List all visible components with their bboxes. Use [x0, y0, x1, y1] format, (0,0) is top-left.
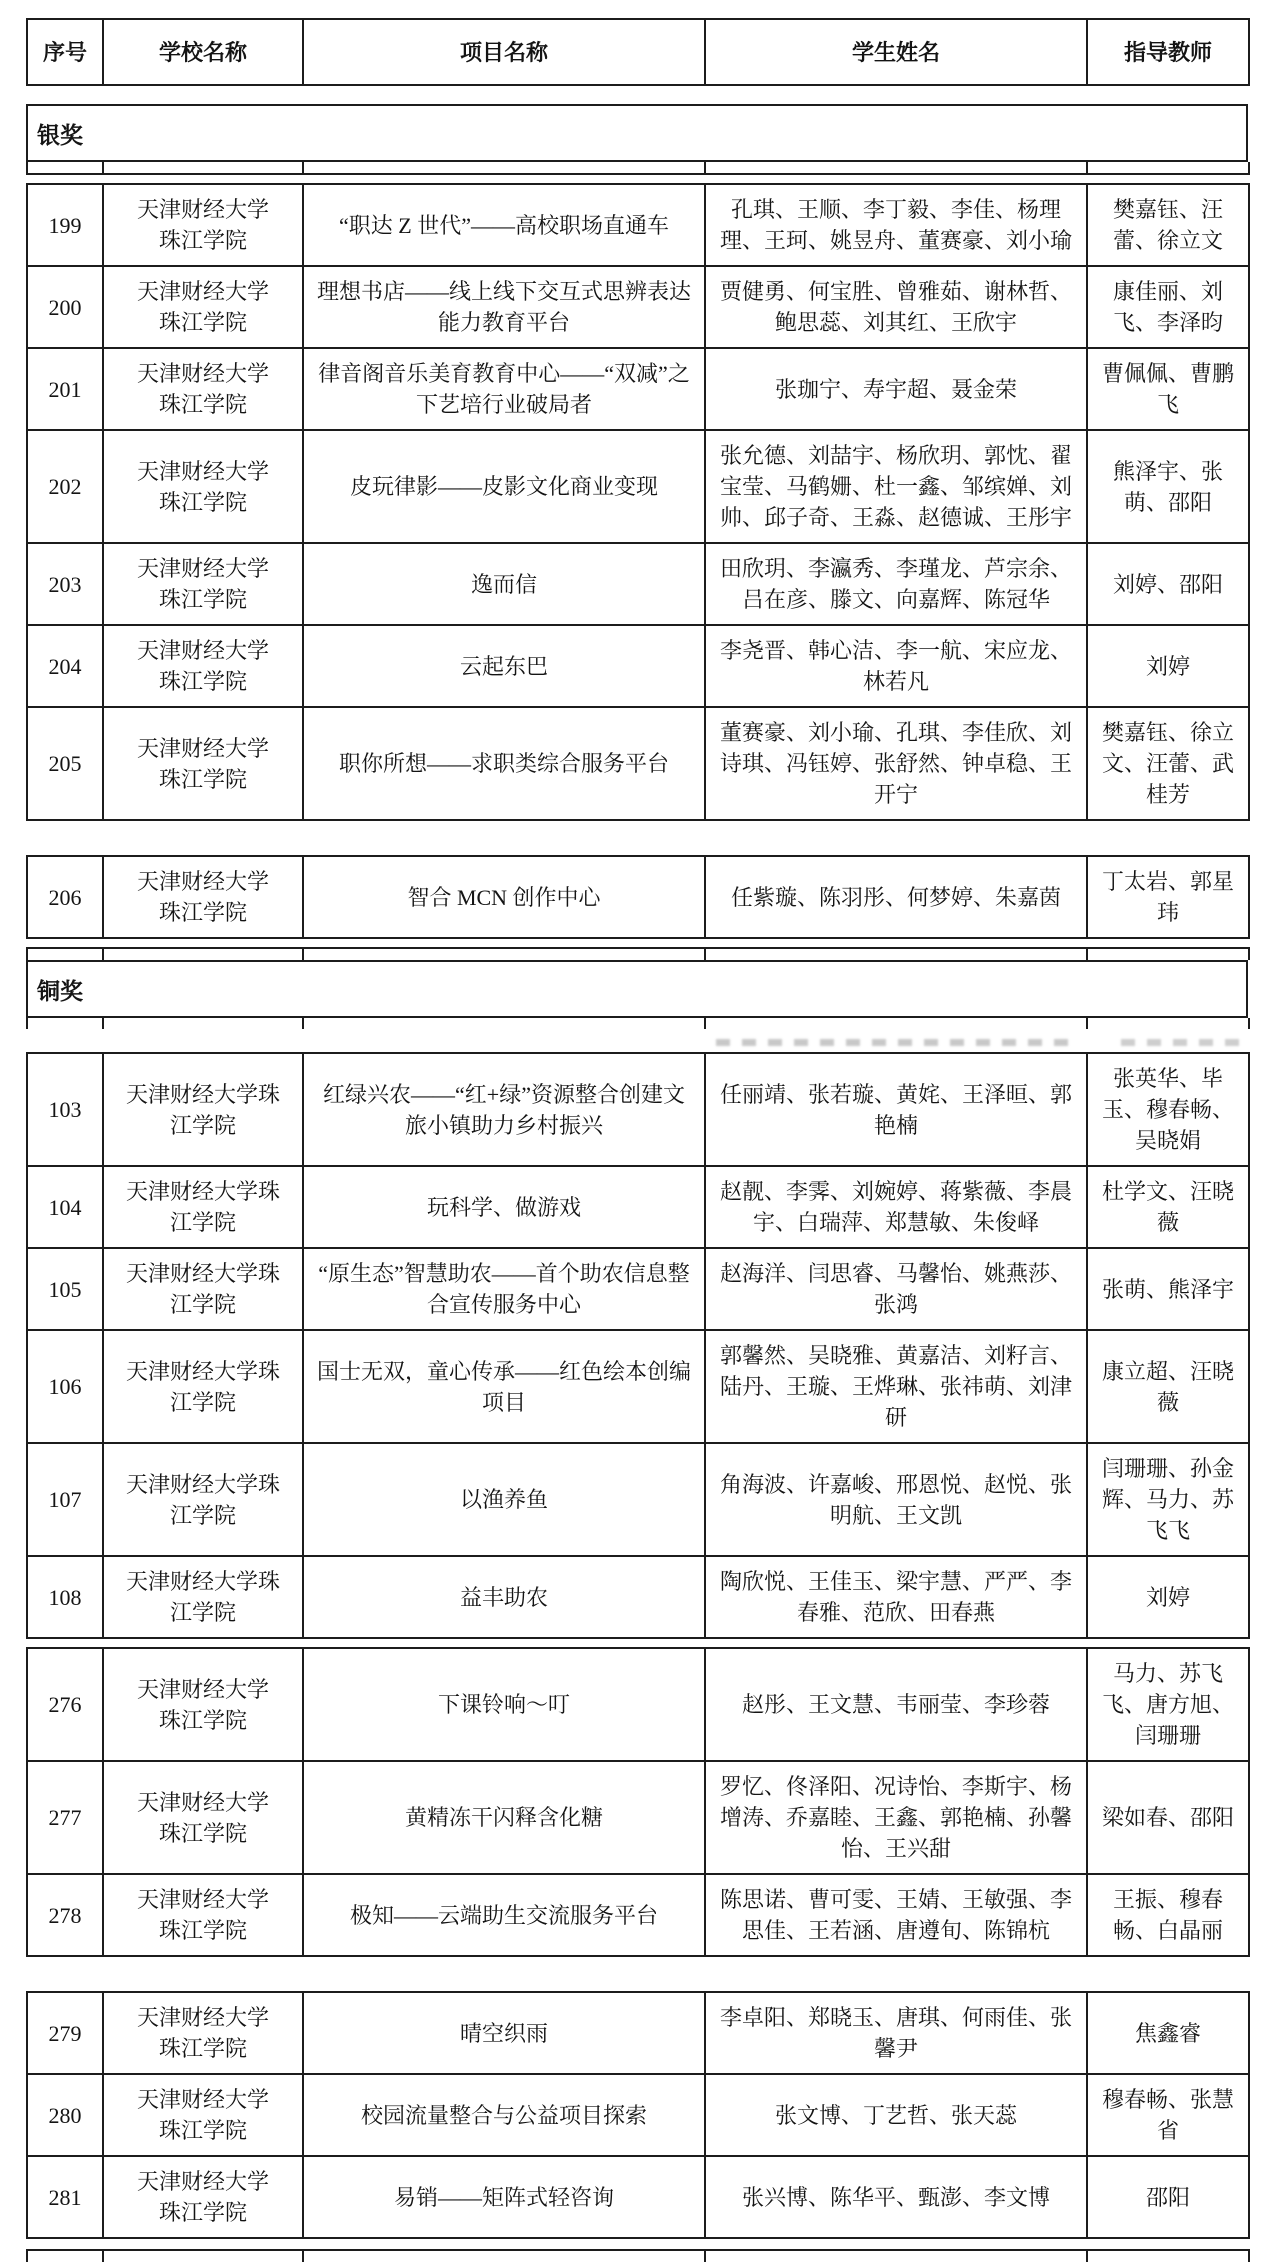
header-serial-number: 序号: [27, 19, 103, 85]
row-number-cell: 199: [27, 184, 103, 266]
teacher-names-cell: 王振、穆春畅、白晶丽: [1087, 1874, 1249, 1956]
project-name-cell: 智合 MCN 创作中心: [303, 856, 705, 938]
teacher-names-cell: 樊嘉钰、汪蕾、徐立文: [1087, 184, 1249, 266]
student-names-cell: 陶欣悦、王佳玉、梁宇慧、严严、李春雅、范欣、田春燕: [705, 1556, 1087, 1638]
section-title-silver: 银奖: [26, 104, 1248, 162]
teacher-names-cell: 马力、苏飞飞、唐方旭、闫珊珊: [1087, 1648, 1249, 1761]
project-name-cell: 黄精冻干闪释含化糖: [303, 1761, 705, 1874]
project-name-cell: 益丰助农: [303, 1556, 705, 1638]
project-name-cell: 下课铃响～叮: [303, 1648, 705, 1761]
row-number-cell: 105: [27, 1248, 103, 1330]
school-name-cell: 天津财经大学珠江学院: [103, 1556, 303, 1638]
table-row: 279天津财经大学珠江学院晴空织雨李卓阳、郑晓玉、唐琪、何雨佳、张馨尹焦鑫睿: [27, 1992, 1249, 2074]
teacher-names-cell: 张萌、熊泽宇: [1087, 1248, 1249, 1330]
project-name-cell: 红绿兴农——“红+绿”资源整合创建文旅小镇助力乡村振兴: [303, 1053, 705, 1166]
teacher-names-cell: 熊泽宇、张萌、邵阳: [1087, 430, 1249, 543]
row-number-cell: 206: [27, 856, 103, 938]
student-names-cell: 任紫璇、陈羽彤、何梦婷、朱嘉茵: [705, 856, 1087, 938]
project-name-cell: “原生态”智慧助农——首个助农信息整合宣传服务中心: [303, 1248, 705, 1330]
teacher-names-cell: 曹佩佩、曹鹏飞: [1087, 348, 1249, 430]
project-name-cell: 易销——矩阵式轻咨询: [303, 2156, 705, 2238]
project-name-cell: 理想书店——线上线下交互式思辨表达能力教育平台: [303, 266, 705, 348]
table-row: 108天津财经大学珠江学院益丰助农陶欣悦、王佳玉、梁宇慧、严严、李春雅、范欣、田…: [27, 1556, 1249, 1638]
school-name-cell: 天津财经大学珠江学院: [103, 543, 303, 625]
student-names-cell: 董赛豪、刘小瑜、孔琪、李佳欣、刘诗琪、冯钰婷、张舒然、钟卓稳、王开宁: [705, 707, 1087, 820]
table-row: 200天津财经大学珠江学院理想书店——线上线下交互式思辨表达能力教育平台贾健勇、…: [27, 266, 1249, 348]
student-names-cell: 赵彤、王文慧、韦丽莹、李珍蓉: [705, 1648, 1087, 1761]
student-names-cell: 张珈宁、寿宇超、聂金荣: [705, 348, 1087, 430]
student-names-cell: 田欣玥、李瀛秀、李瑾龙、芦宗余、吕在彦、滕文、向嘉辉、陈冠华: [705, 543, 1087, 625]
header-advisors: 指导教师: [1087, 19, 1249, 85]
project-name-cell: 以渔养鱼: [303, 1443, 705, 1556]
school-name-cell: 天津财经大学珠江学院: [103, 348, 303, 430]
row-number-cell: 203: [27, 543, 103, 625]
student-names-cell: 陈思诺、曹可雯、王婧、王敏强、李思佳、王若涵、唐遵旬、陈锦杭: [705, 1874, 1087, 1956]
award-table-bronze-1: 103天津财经大学珠江学院红绿兴农——“红+绿”资源整合创建文旅小镇助力乡村振兴…: [26, 1052, 1250, 1639]
row-number-cell: 279: [27, 1992, 103, 2074]
faded-row-remnant: [26, 1035, 1248, 1050]
school-name-cell: 天津财经大学珠江学院: [103, 1761, 303, 1874]
teacher-names-cell: 康立超、汪晓薇: [1087, 1330, 1249, 1443]
header-row: 序号 学校名称 项目名称 学生姓名 指导教师: [27, 19, 1249, 85]
row-number-cell: 277: [27, 1761, 103, 1874]
school-name-cell: 天津财经大学珠江学院: [103, 266, 303, 348]
header-project-name: 项目名称: [303, 19, 705, 85]
project-name-cell: 皮玩律影——皮影文化商业变现: [303, 430, 705, 543]
page-break-sliver: [26, 162, 1250, 175]
table-row: 280天津财经大学珠江学院校园流量整合与公益项目探索张文博、丁艺哲、张天蕊穆春畅…: [27, 2074, 1249, 2156]
teacher-names-cell: 焦鑫睿: [1087, 1992, 1249, 2074]
student-names-cell: 赵靓、李霁、刘婉婷、蒋紫薇、李晨宇、白瑞萍、郑慧敏、朱俊峄: [705, 1166, 1087, 1248]
header-school-name: 学校名称: [103, 19, 303, 85]
teacher-names-cell: 刘婷: [1087, 1556, 1249, 1638]
row-number-cell: 104: [27, 1166, 103, 1248]
student-names-cell: 角海波、许嘉峻、邢恩悦、赵悦、张明航、王文凯: [705, 1443, 1087, 1556]
teacher-names-cell: 杜学文、汪晓薇: [1087, 1166, 1249, 1248]
teacher-names-cell: 康佳丽、刘飞、李泽昀: [1087, 266, 1249, 348]
teacher-names-cell: 邵阳: [1087, 2156, 1249, 2238]
table-row: 206天津财经大学珠江学院智合 MCN 创作中心任紫璇、陈羽彤、何梦婷、朱嘉茵丁…: [27, 856, 1249, 938]
page-break-sliver: [26, 947, 1250, 960]
teacher-names-cell: 穆春畅、张慧省: [1087, 2074, 1249, 2156]
teacher-names-cell: 刘婷、邵阳: [1087, 543, 1249, 625]
row-number-cell: 280: [27, 2074, 103, 2156]
table-row: 203天津财经大学珠江学院逸而信田欣玥、李瀛秀、李瑾龙、芦宗余、吕在彦、滕文、向…: [27, 543, 1249, 625]
project-name-cell: 逸而信: [303, 543, 705, 625]
award-table-silver-1: 199天津财经大学珠江学院“职达 Z 世代”——高校职场直通车孔琪、王顺、李丁毅…: [26, 183, 1250, 821]
table-row: 278天津财经大学珠江学院极知——云端助生交流服务平台陈思诺、曹可雯、王婧、王敏…: [27, 1874, 1249, 1956]
row-number-cell: 107: [27, 1443, 103, 1556]
page-break-sliver: [26, 2249, 1250, 2262]
table-row: 202天津财经大学珠江学院皮玩律影——皮影文化商业变现张允德、刘喆宇、杨欣玥、郭…: [27, 430, 1249, 543]
row-number-cell: 276: [27, 1648, 103, 1761]
school-name-cell: 天津财经大学珠江学院: [103, 2074, 303, 2156]
row-number-cell: 278: [27, 1874, 103, 1956]
student-names-cell: 罗忆、佟泽阳、况诗怡、李斯宇、杨增涛、乔嘉睦、王鑫、郭艳楠、孙馨怡、王兴甜: [705, 1761, 1087, 1874]
page-break-sliver: [26, 1018, 1250, 1029]
document-page: 序号 学校名称 项目名称 学生姓名 指导教师 银奖 199天津财经大学珠江学院“…: [0, 0, 1273, 2262]
student-names-cell: 任丽靖、张若璇、黄姹、王泽晅、郭艳楠: [705, 1053, 1087, 1166]
student-names-cell: 李尧晋、韩心洁、李一航、宋应龙、林若凡: [705, 625, 1087, 707]
project-name-cell: 极知——云端助生交流服务平台: [303, 1874, 705, 1956]
student-names-cell: 李卓阳、郑晓玉、唐琪、何雨佳、张馨尹: [705, 1992, 1087, 2074]
award-table-header: 序号 学校名称 项目名称 学生姓名 指导教师: [26, 18, 1250, 86]
school-name-cell: 天津财经大学珠江学院: [103, 856, 303, 938]
student-names-cell: 郭馨然、吴晓雅、黄嘉洁、刘籽言、陆丹、王璇、王烨琳、张祎萌、刘津研: [705, 1330, 1087, 1443]
award-table-bronze-2: 276天津财经大学珠江学院下课铃响～叮赵彤、王文慧、韦丽莹、李珍蓉马力、苏飞飞、…: [26, 1647, 1250, 1957]
teacher-names-cell: 闫珊珊、孙金辉、马力、苏飞飞: [1087, 1443, 1249, 1556]
table-row: 199天津财经大学珠江学院“职达 Z 世代”——高校职场直通车孔琪、王顺、李丁毅…: [27, 184, 1249, 266]
silver-award-label: 银奖: [37, 117, 83, 150]
school-name-cell: 天津财经大学珠江学院: [103, 1874, 303, 1956]
school-name-cell: 天津财经大学珠江学院: [103, 430, 303, 543]
table-row: 277天津财经大学珠江学院黄精冻干闪释含化糖罗忆、佟泽阳、况诗怡、李斯宇、杨增涛…: [27, 1761, 1249, 1874]
teacher-names-cell: 刘婷: [1087, 625, 1249, 707]
row-number-cell: 281: [27, 2156, 103, 2238]
row-number-cell: 204: [27, 625, 103, 707]
teacher-names-cell: 梁如春、邵阳: [1087, 1761, 1249, 1874]
table-row: 281天津财经大学珠江学院易销——矩阵式轻咨询张兴博、陈华平、甄澎、李文博邵阳: [27, 2156, 1249, 2238]
school-name-cell: 天津财经大学珠江学院: [103, 707, 303, 820]
row-number-cell: 201: [27, 348, 103, 430]
table-row: 103天津财经大学珠江学院红绿兴农——“红+绿”资源整合创建文旅小镇助力乡村振兴…: [27, 1053, 1249, 1166]
row-number-cell: 108: [27, 1556, 103, 1638]
row-number-cell: 103: [27, 1053, 103, 1166]
table-row: 106天津财经大学珠江学院国士无双，童心传承——红色绘本创编项目郭馨然、吴晓雅、…: [27, 1330, 1249, 1443]
student-names-cell: 贾健勇、何宝胜、曾雅茹、谢林哲、鲍思蕊、刘其红、王欣宇: [705, 266, 1087, 348]
school-name-cell: 天津财经大学珠江学院: [103, 1443, 303, 1556]
table-row: 276天津财经大学珠江学院下课铃响～叮赵彤、王文慧、韦丽莹、李珍蓉马力、苏飞飞、…: [27, 1648, 1249, 1761]
project-name-cell: 校园流量整合与公益项目探索: [303, 2074, 705, 2156]
row-number-cell: 200: [27, 266, 103, 348]
project-name-cell: 职你所想——求职类综合服务平台: [303, 707, 705, 820]
school-name-cell: 天津财经大学珠江学院: [103, 1330, 303, 1443]
school-name-cell: 天津财经大学珠江学院: [103, 1248, 303, 1330]
school-name-cell: 天津财经大学珠江学院: [103, 184, 303, 266]
row-number-cell: 106: [27, 1330, 103, 1443]
header-student-names: 学生姓名: [705, 19, 1087, 85]
project-name-cell: 玩科学、做游戏: [303, 1166, 705, 1248]
project-name-cell: “职达 Z 世代”——高校职场直通车: [303, 184, 705, 266]
teacher-names-cell: 丁太岩、郭星玮: [1087, 856, 1249, 938]
teacher-names-cell: 樊嘉钰、徐立文、汪蕾、武桂芳: [1087, 707, 1249, 820]
teacher-names-cell: 张英华、毕玉、穆春畅、吴晓娟: [1087, 1053, 1249, 1166]
project-name-cell: 晴空织雨: [303, 1992, 705, 2074]
school-name-cell: 天津财经大学珠江学院: [103, 1166, 303, 1248]
project-name-cell: 云起东巴: [303, 625, 705, 707]
school-name-cell: 天津财经大学珠江学院: [103, 1053, 303, 1166]
table-row: 201天津财经大学珠江学院律音阁音乐美育教育中心——“双减”之下艺培行业破局者张…: [27, 348, 1249, 430]
award-table-bronze-3: 279天津财经大学珠江学院晴空织雨李卓阳、郑晓玉、唐琪、何雨佳、张馨尹焦鑫睿28…: [26, 1991, 1250, 2239]
project-name-cell: 国士无双，童心传承——红色绘本创编项目: [303, 1330, 705, 1443]
school-name-cell: 天津财经大学珠江学院: [103, 2156, 303, 2238]
table-row: 107天津财经大学珠江学院以渔养鱼角海波、许嘉峻、邢恩悦、赵悦、张明航、王文凯闫…: [27, 1443, 1249, 1556]
student-names-cell: 张文博、丁艺哲、张天蕊: [705, 2074, 1087, 2156]
school-name-cell: 天津财经大学珠江学院: [103, 625, 303, 707]
student-names-cell: 赵海洋、闫思睿、马馨怡、姚燕莎、张鸿: [705, 1248, 1087, 1330]
award-table-silver-2: 206天津财经大学珠江学院智合 MCN 创作中心任紫璇、陈羽彤、何梦婷、朱嘉茵丁…: [26, 855, 1250, 939]
row-number-cell: 202: [27, 430, 103, 543]
table-row: 105天津财经大学珠江学院“原生态”智慧助农——首个助农信息整合宣传服务中心赵海…: [27, 1248, 1249, 1330]
table-row: 204天津财经大学珠江学院云起东巴李尧晋、韩心洁、李一航、宋应龙、林若凡刘婷: [27, 625, 1249, 707]
table-row: 104天津财经大学珠江学院玩科学、做游戏赵靓、李霁、刘婉婷、蒋紫薇、李晨宇、白瑞…: [27, 1166, 1249, 1248]
school-name-cell: 天津财经大学珠江学院: [103, 1992, 303, 2074]
row-number-cell: 205: [27, 707, 103, 820]
student-names-cell: 张兴博、陈华平、甄澎、李文博: [705, 2156, 1087, 2238]
school-name-cell: 天津财经大学珠江学院: [103, 1648, 303, 1761]
student-names-cell: 张允德、刘喆宇、杨欣玥、郭忱、翟宝莹、马鹤姗、杜一鑫、邹缤婵、刘帅、邱子奇、王淼…: [705, 430, 1087, 543]
section-title-bronze: 铜奖: [26, 960, 1248, 1018]
bronze-award-label: 铜奖: [37, 973, 83, 1006]
project-name-cell: 律音阁音乐美育教育中心——“双减”之下艺培行业破局者: [303, 348, 705, 430]
student-names-cell: 孔琪、王顺、李丁毅、李佳、杨理理、王珂、姚昱舟、董赛豪、刘小瑜: [705, 184, 1087, 266]
table-row: 205天津财经大学珠江学院职你所想——求职类综合服务平台董赛豪、刘小瑜、孔琪、李…: [27, 707, 1249, 820]
